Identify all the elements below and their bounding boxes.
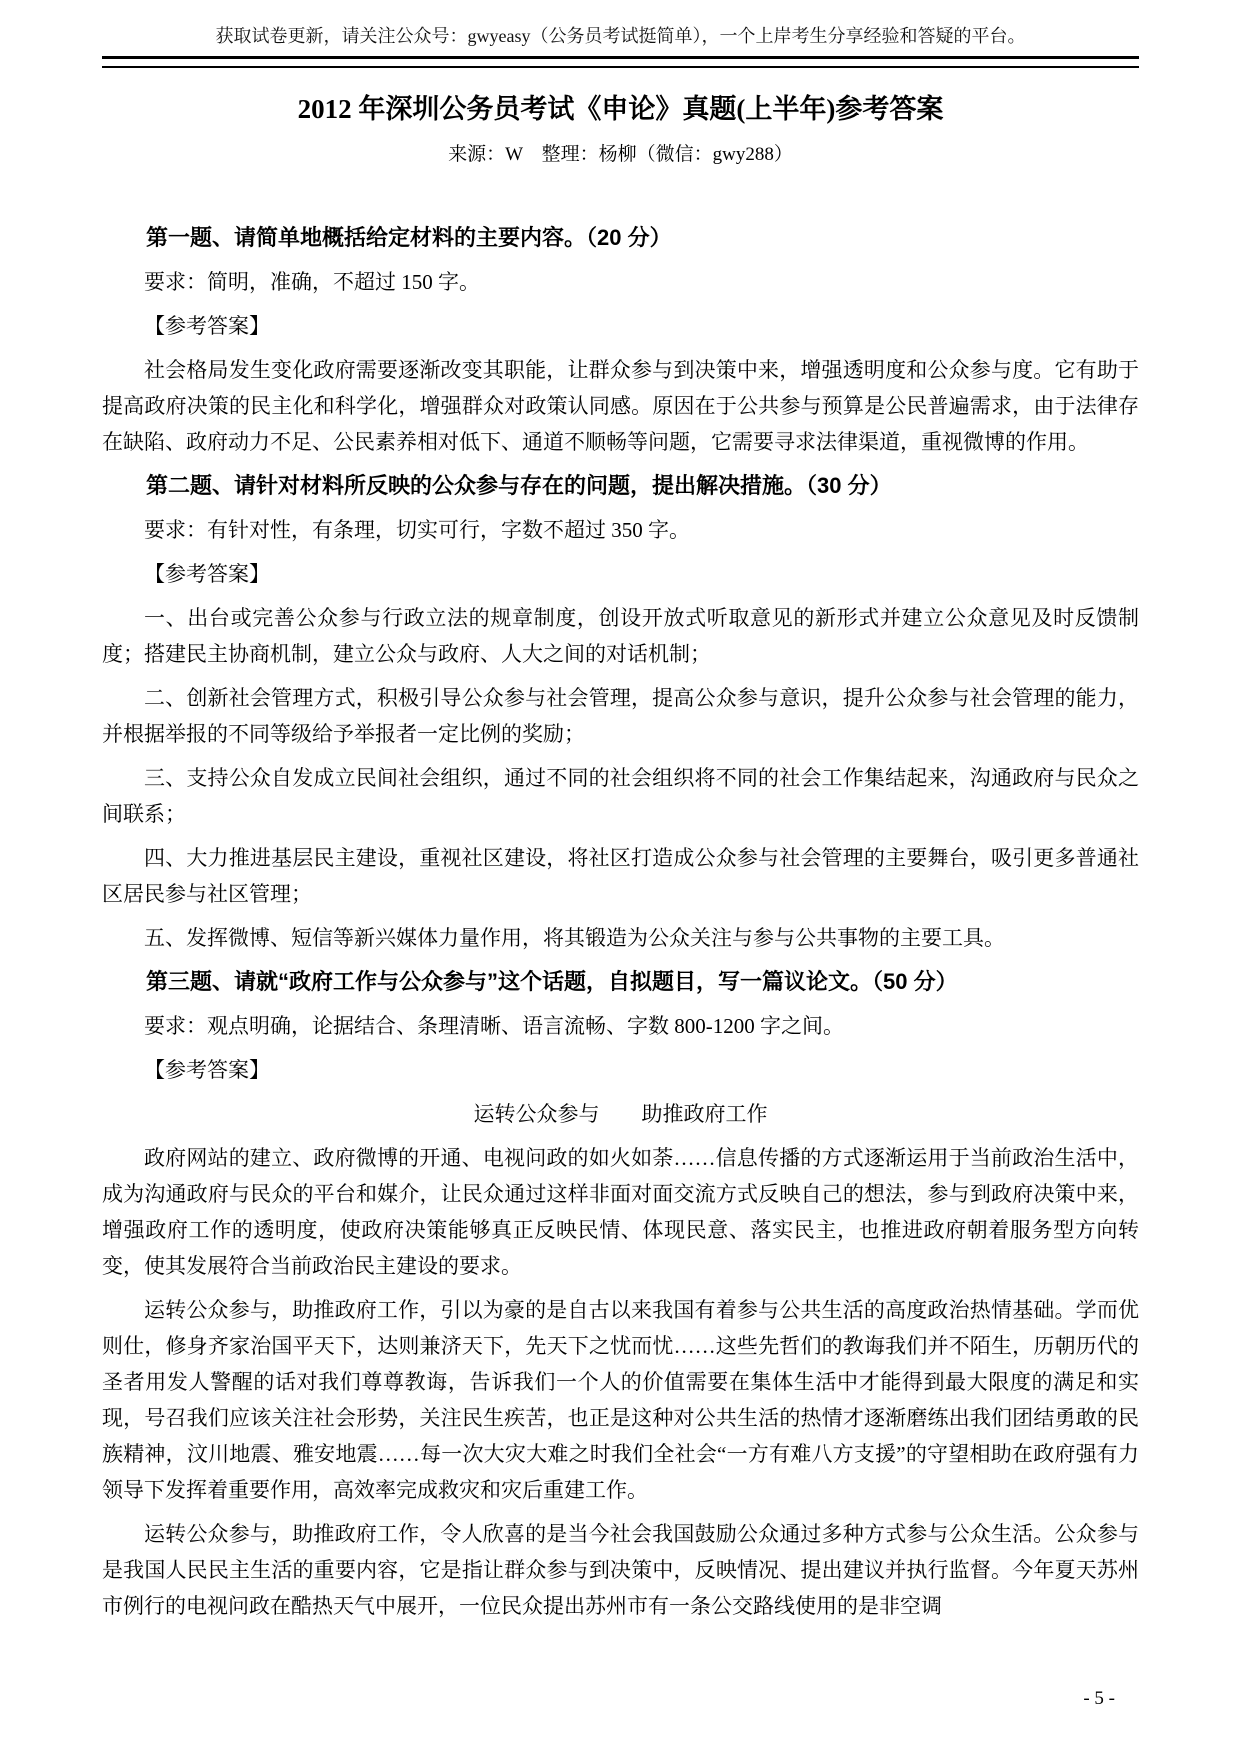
source-line: 来源：W 整理：杨柳（微信：gwy288）: [102, 144, 1139, 166]
document-page: 获取试卷更新，请关注公众号：gwyeasy（公务员考试挺简单），一个上岸考生分享…: [0, 0, 1241, 1754]
essay-paragraph-1: 政府网站的建立、政府微博的开通、电视问政的如火如荼……信息传播的方式逐渐运用于当…: [102, 1140, 1139, 1284]
page-header: 获取试卷更新，请关注公众号：gwyeasy（公务员考试挺简单），一个上岸考生分享…: [0, 0, 1241, 68]
question-2-answer-label: 【参考答案】: [102, 556, 1139, 592]
question-2-answer-item-2: 二、创新社会管理方式，积极引导公众参与社会管理，提高公众参与意识，提升公众参与社…: [102, 680, 1139, 752]
question-2-answer-item-1: 一、出台或完善公众参与行政立法的规章制度，创设开放式听取意见的新形式并建立公众意…: [102, 600, 1139, 672]
section-question-1: 第一题、请简单地概括给定材料的主要内容。（20 分） 要求：简明，准确，不超过 …: [102, 220, 1139, 460]
question-2-requirement: 要求：有针对性，有条理，切实可行，字数不超过 350 字。: [102, 512, 1139, 548]
question-1-requirement: 要求：简明，准确，不超过 150 字。: [102, 264, 1139, 300]
question-1-answer-paragraph: 社会格局发生变化政府需要逐渐改变其职能，让群众参与到决策中来，增强透明度和公众参…: [102, 352, 1139, 460]
section-question-2: 第二题、请针对材料所反映的公众参与存在的问题，提出解决措施。（30 分） 要求：…: [102, 468, 1139, 956]
question-1-answer-label: 【参考答案】: [102, 308, 1139, 344]
question-2-answer-item-4: 四、大力推进基层民主建设，重视社区建设，将社区打造成公众参与社会管理的主要舞台，…: [102, 840, 1139, 912]
header-notice: 获取试卷更新，请关注公众号：gwyeasy（公务员考试挺简单），一个上岸考生分享…: [0, 0, 1241, 47]
section-question-3: 第三题、请就“政府工作与公众参与”这个话题，自拟题目，写一篇议论文。（50 分）…: [102, 964, 1139, 1624]
essay-paragraph-3: 运转公众参与，助推政府工作，令人欣喜的是当今社会我国鼓励公众通过多种方式参与公众…: [102, 1516, 1139, 1624]
question-2-heading: 第二题、请针对材料所反映的公众参与存在的问题，提出解决措施。（30 分）: [102, 468, 1139, 504]
question-3-requirement: 要求：观点明确，论据结合、条理清晰、语言流畅、字数 800-1200 字之间。: [102, 1008, 1139, 1044]
question-1-heading: 第一题、请简单地概括给定材料的主要内容。（20 分）: [102, 220, 1139, 256]
header-divider: [102, 56, 1139, 68]
question-2-answer-item-3: 三、支持公众自发成立民间社会组织，通过不同的社会组织将不同的社会工作集结起来，沟…: [102, 760, 1139, 832]
essay-paragraph-2: 运转公众参与，助推政府工作，引以为豪的是自古以来我国有着参与公共生活的高度政治热…: [102, 1292, 1139, 1508]
document-content: 2012 年深圳公务员考试《申论》真题(上半年)参考答案 来源：W 整理：杨柳（…: [102, 92, 1139, 1624]
essay-title: 运转公众参与 助推政府工作: [102, 1096, 1139, 1132]
page-number: - 5 -: [1083, 1688, 1115, 1710]
question-3-answer-label: 【参考答案】: [102, 1052, 1139, 1088]
question-2-answer-item-5: 五、发挥微博、短信等新兴媒体力量作用，将其锻造为公众关注与参与公共事物的主要工具…: [102, 920, 1139, 956]
question-3-heading: 第三题、请就“政府工作与公众参与”这个话题，自拟题目，写一篇议论文。（50 分）: [102, 964, 1139, 1000]
page-title: 2012 年深圳公务员考试《申论》真题(上半年)参考答案: [102, 92, 1139, 126]
